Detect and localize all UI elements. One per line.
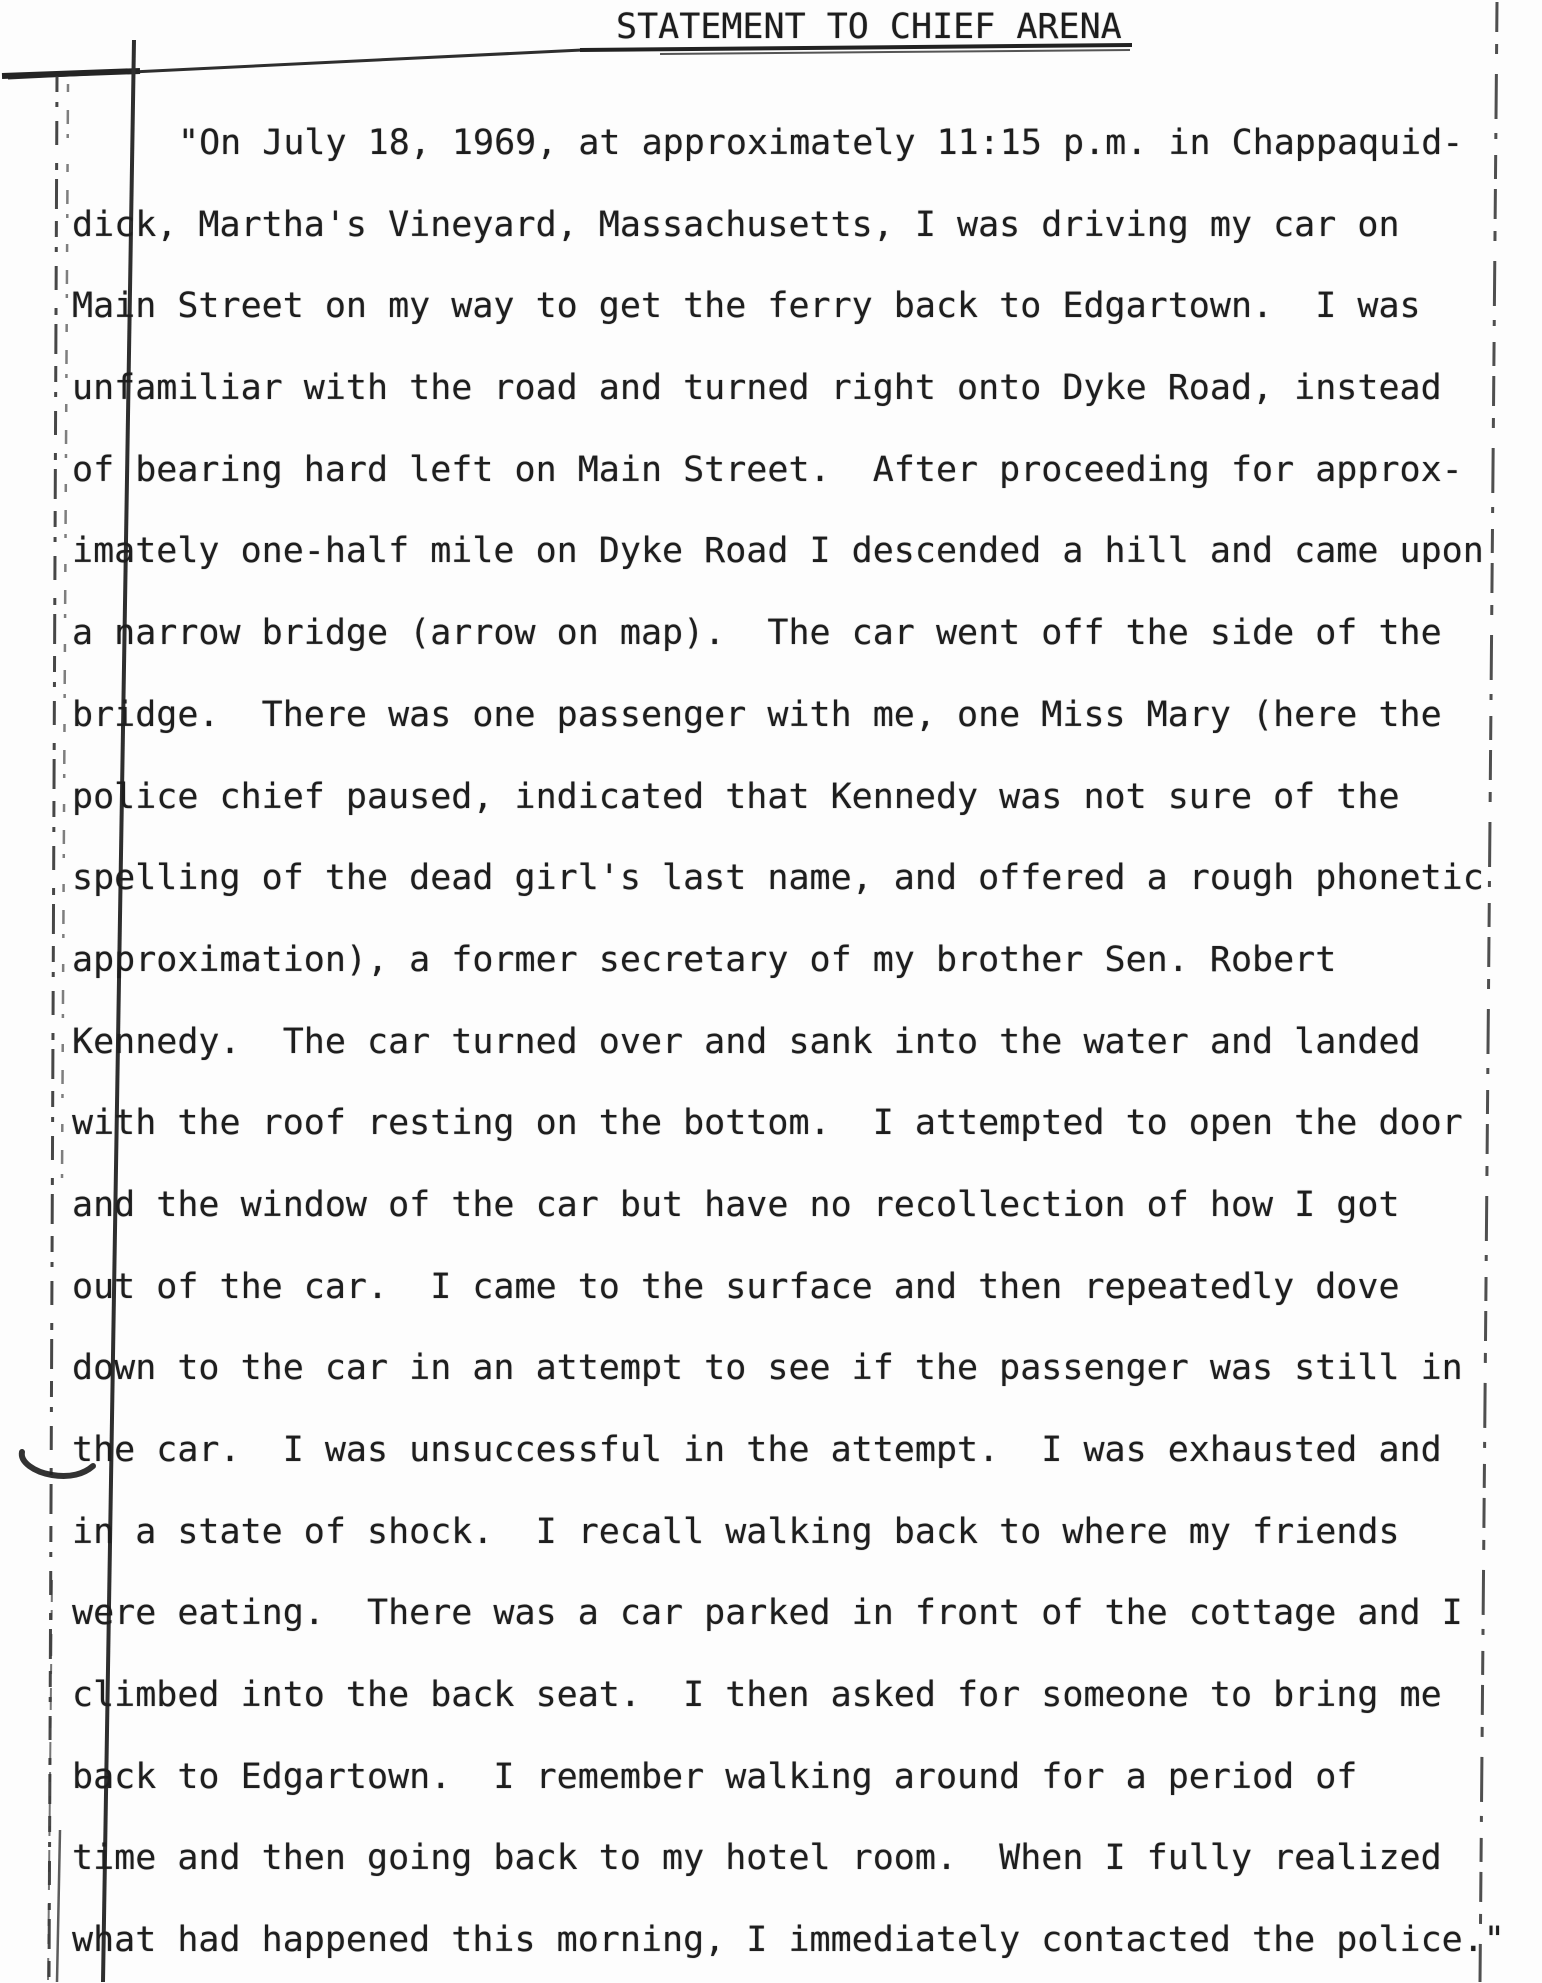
document-body: "On July 18, 1969, at approximately 11:1… [72,103,1518,1982]
text-line: back to Edgartown. I remember walking ar… [72,1737,1518,1819]
text-line: down to the car in an attempt to see if … [72,1328,1518,1410]
text-line: climbed into the back seat. I then asked… [72,1655,1518,1737]
fold-line-thick-end [2,71,140,76]
left-margin-solid-segment [57,1830,60,1982]
text-line: bridge. There was one passenger with me,… [72,675,1518,757]
left-margin-dashed-line [49,76,57,1982]
text-line: "On July 18, 1969, at approximately 11:1… [72,103,1518,185]
text-line: in a state of shock. I recall walking ba… [72,1492,1518,1574]
text-line: the car. I was unsuccessful in the attem… [72,1410,1518,1492]
text-line: imately one-half mile on Dyke Road I des… [72,511,1518,593]
text-line: were eating. There was a car parked in f… [72,1573,1518,1655]
fold-line [8,50,582,78]
left-margin-dashed-line-bottom [48,1580,52,1982]
text-line: what had happened this morning, I immedi… [72,1900,1518,1982]
text-line: a narrow bridge (arrow on map). The car … [72,593,1518,675]
text-line: police chief paused, indicated that Kenn… [72,757,1518,839]
text-line: with the roof resting on the bottom. I a… [72,1083,1518,1165]
text-line: Kennedy. The car turned over and sank in… [72,1002,1518,1084]
text-line: time and then going back to my hotel roo… [72,1818,1518,1900]
text-line: of bearing hard left on Main Street. Aft… [72,430,1518,512]
left-margin-dashed-line-secondary [62,84,68,1180]
document-title: STATEMENT TO CHIEF ARENA [616,7,1122,47]
text-line: and the window of the car but have no re… [72,1165,1518,1247]
text-line: out of the car. I came to the surface an… [72,1247,1518,1329]
text-line: spelling of the dead girl's last name, a… [72,838,1518,920]
text-line: approximation), a former secretary of my… [72,920,1518,1002]
document-page: STATEMENT TO CHIEF ARENA "On July 18, 19… [0,0,1542,1983]
text-line: dick, Martha's Vineyard, Massachusetts, … [72,185,1518,267]
title-underline-second-strike [660,50,1130,54]
text-line: unfamiliar with the road and turned righ… [72,348,1518,430]
text-line: Main Street on my way to get the ferry b… [72,266,1518,348]
